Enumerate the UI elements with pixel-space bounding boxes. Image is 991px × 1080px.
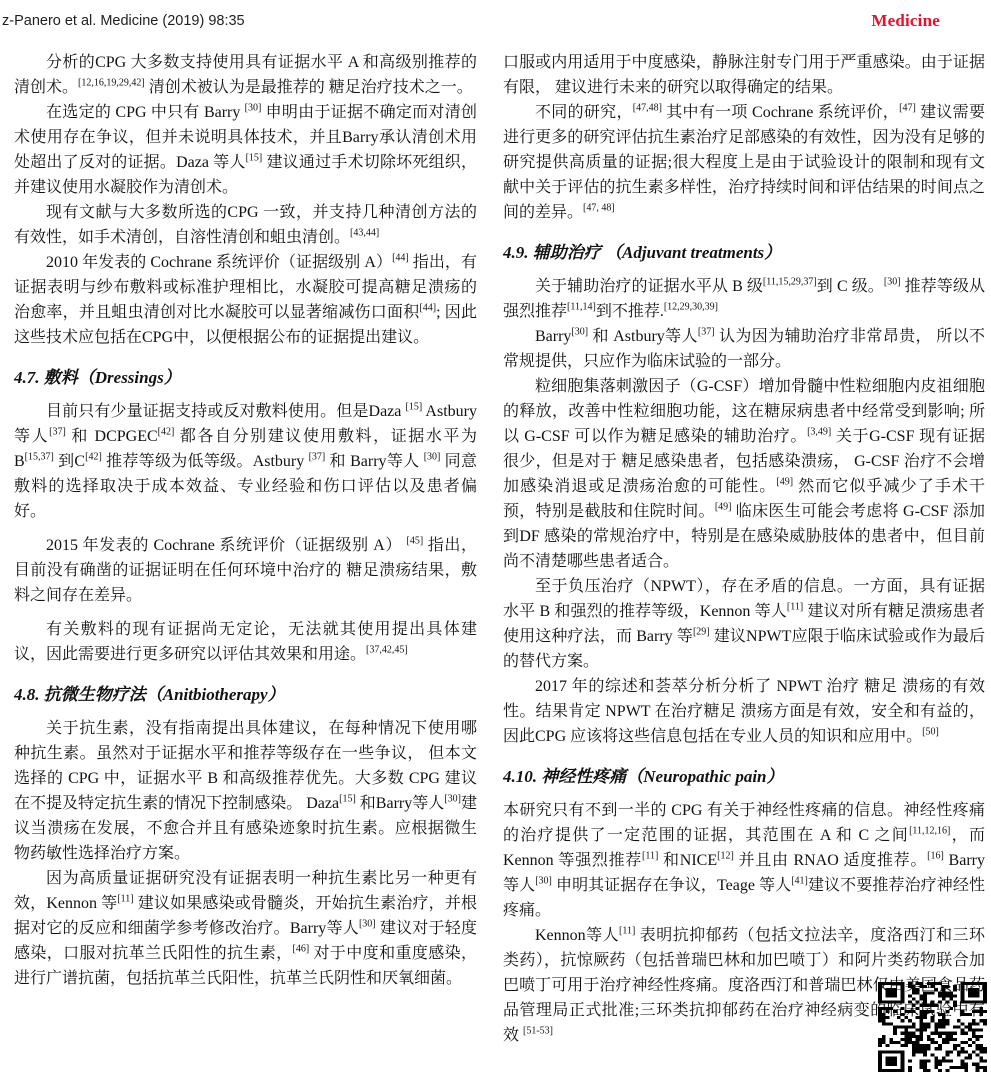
text-run: 清创术被认为是最推荐的 糖足治疗技术之一。 [145,79,473,96]
reference-superscript: [47, 48] [583,203,615,214]
qr-code-icon [878,982,987,1072]
reference-superscript: [3,49] [807,427,831,438]
reference-superscript: [30] [359,919,376,930]
reference-superscript: [50] [922,727,939,738]
section-heading: 4.7. 敷料（Dressings） [14,366,477,390]
reference-superscript: [12] [717,851,734,862]
paragraph: 有关敷料的现有证据尚无定论，无法就其使用提出具体建议，因此需要进行更多研究以评估… [14,617,477,667]
reference-superscript: [44] [419,303,436,314]
reference-superscript: [30] [444,794,461,805]
text-run: 并且由 RNAO 适度推荐。 [734,852,927,869]
text-run: 到C [54,453,85,470]
text-run: 和 Barry等人 [325,453,423,470]
left-column: 分析的CPG 大多数支持使用具有证据水平 A 和高级别推荐的清创术。[12,16… [14,50,477,1048]
text-run: 在选定的 CPG 中只有 Barry [46,104,245,121]
reference-superscript: [37] [698,327,715,338]
paragraph: 2017 年的综述和荟萃分析分析了 NPWT 治疗 糖足 溃疡的有效性。结果肯定… [503,674,985,749]
reference-superscript: [30] [424,452,441,463]
reference-superscript: [15] [406,402,423,413]
section-heading: 4.8. 抗微生物疗法（Anitbiotherapy） [14,683,477,707]
text-run: Barry [535,328,571,345]
reference-superscript: [15] [339,794,356,805]
section-heading: 4.9. 辅助治疗 （Adjuvant treatments） [503,241,985,265]
reference-superscript: [30] [535,876,552,887]
text-run: 不同的研究， [535,104,633,121]
reference-superscript: [11] [787,602,803,613]
paragraph: 2010 年发表的 Cochrane 系统评价（证据级别 A）[44] 指出，有… [14,250,477,350]
paragraph: 关于辅助治疗的证据水平从 B 级[11,15,29,37]到 C 级。[30] … [503,274,985,324]
reference-superscript: [30] [884,277,901,288]
reference-superscript: [37] [49,427,66,438]
text-run: 2017 年的综述和荟萃分析分析了 NPWT 治疗 糖足 溃疡的有效性。结果肯定… [503,678,985,745]
reference-superscript: [47] [899,103,916,114]
text-run: 目前只有少量证据支持或反对敷料使用。但是Daza [46,403,406,420]
text-run: 建议需要进行更多的研究评估抗生素治疗足部感染的有效性，因为没有足够的研究提供高质… [503,104,985,221]
text-run: Kennon等人 [535,927,619,944]
reference-superscript: [46] [292,944,309,955]
reference-superscript: [12,29,30,39] [664,302,718,313]
paragraph: 在选定的 CPG 中只有 Barry [30] 申明由于证据不确定而对清创术使用… [14,100,477,200]
reference-superscript: [41] [791,876,808,887]
reference-superscript: [15,37] [25,452,54,463]
journal-logo: Medicine [871,11,940,31]
reference-superscript: [44] [392,253,409,264]
reference-superscript: [11] [642,851,658,862]
paragraph: 口服或内用适用于中度感染，静脉注射专门用于严重感染。由于证据有限， 建议进行未来… [503,50,985,100]
reference-superscript: [51-53] [523,1026,553,1037]
reference-superscript: [11] [117,894,133,905]
reference-superscript: [47,48] [633,103,662,114]
reference-superscript: [11] [619,926,635,937]
running-head-citation: z-Panero et al. Medicine (2019) 98:35 [2,13,245,29]
paragraph: 2015 年发表的 Cochrane 系统评价（证据级别 A） [45] 指出，… [14,533,477,608]
text-run: 推荐等级为低等级。Astbury [102,453,309,470]
text-run: 和 Astbury等人 [588,328,698,345]
text-run: 和 DCPGEC [66,428,158,445]
paragraph: 目前只有少量证据支持或反对敷料使用。但是Daza [15] Astbury等人[… [14,399,477,524]
paragraph: 至于负压治疗（NPWT），存在矛盾的信息。一方面，具有证据水平 B 和强烈的推荐… [503,574,985,674]
text-run: 和Barry等人 [356,795,445,812]
paragraph: Barry[30] 和 Astbury等人[37] 认为因为辅助治疗非常昂贵， … [503,324,985,374]
text-run: 到不推荐. [596,303,664,320]
page-header: z-Panero et al. Medicine (2019) 98:35 Me… [0,10,991,36]
qr-code-svg [878,982,987,1072]
text-run: 和NICE [658,852,717,869]
text-run: 2010 年发表的 Cochrane 系统评价（证据级别 A） [46,254,392,271]
paragraph: 关于抗生素，没有指南提出具体建议，在每种情况下使用哪种抗生素。虽然对于证据水平和… [14,716,477,866]
text-run: 口服或内用适用于中度感染，静脉注射专门用于严重感染。由于证据有限， 建议进行未来… [503,54,985,96]
reference-superscript: [42] [85,452,102,463]
text-run: 申明其证据存在争议，Teage 等人 [552,877,791,894]
reference-superscript: [30] [571,327,588,338]
reference-superscript: [43,44] [350,228,379,239]
text-run: 现有文献与大多数所选的CPG 一致，并支持几种清创方法的有效性，如手术清创，自溶… [14,204,477,246]
reference-superscript: [49] [776,477,793,488]
text-run: 本研究只有不到一半的 CPG 有关于神经性疼痛的信息。神经性疼痛的治疗提供了一定… [503,802,985,844]
reference-superscript: [30] [245,103,262,114]
reference-superscript: [49] [715,502,732,513]
text-run: 关于辅助治疗的证据水平从 B 级 [535,278,763,295]
reference-superscript: [12,16,19,29,42] [78,78,145,89]
paragraph: 粒细胞集落刺激因子（G-CSF）增加骨髓中性粒细胞内皮祖细胞的释放，改善中性粒细… [503,374,985,574]
reference-superscript: [11,12,16] [909,826,950,837]
reference-superscript: [29] [693,627,710,638]
text-run: 2015 年发表的 Cochrane 系统评价（证据级别 A） [46,537,407,554]
text-run: 其中有一项 Cochrane 系统评价， [662,104,899,121]
section-heading: 4.10. 神经性疼痛（Neuropathic pain） [503,765,985,789]
paragraph: 本研究只有不到一半的 CPG 有关于神经性疼痛的信息。神经性疼痛的治疗提供了一定… [503,798,985,923]
reference-superscript: [16] [927,851,944,862]
text-run: 有关敷料的现有证据尚无定论，无法就其使用提出具体建议，因此需要进行更多研究以评估… [14,621,477,663]
reference-superscript: [15] [246,153,263,164]
reference-superscript: [11,14] [567,302,596,313]
reference-superscript: [11,15,29,37] [763,277,817,288]
reference-superscript: [37] [309,452,326,463]
reference-superscript: [45] [407,536,424,547]
paragraph: 因为高质量证据研究没有证据表明一种抗生素比另一种更有效，Kennon 等[11]… [14,866,477,991]
paragraph: 不同的研究，[47,48] 其中有一项 Cochrane 系统评价，[47] 建… [503,100,985,225]
reference-superscript: [42] [158,427,175,438]
paragraph: 分析的CPG 大多数支持使用具有证据水平 A 和高级别推荐的清创术。[12,16… [14,50,477,100]
right-column: 口服或内用适用于中度感染，静脉注射专门用于严重感染。由于证据有限， 建议进行未来… [503,50,985,1048]
article-body: 分析的CPG 大多数支持使用具有证据水平 A 和高级别推荐的清创术。[12,16… [14,50,985,1048]
reference-superscript: [37,42,45] [366,645,408,656]
paragraph: 现有文献与大多数所选的CPG 一致，并支持几种清创方法的有效性，如手术清创，自溶… [14,200,477,250]
text-run: 到 C 级。 [817,278,884,295]
